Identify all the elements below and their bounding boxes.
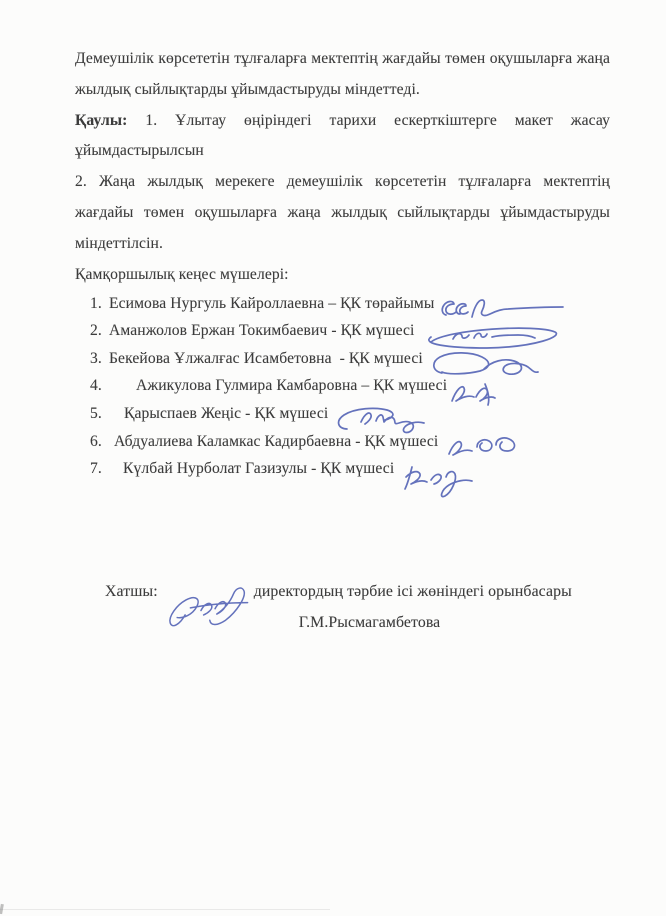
member-name: Бекейова Ұлжалғас Исамбетовна - ҚК мүшес… [109,350,423,368]
member-number: 2. [90,322,109,340]
secretary-signature-icon [164,578,252,636]
member-row-1: 1. Есимова Нургуль Кайроллаевна – ҚК төр… [75,295,610,323]
scanned-document-page: Демеушілік көрсететін тұлғаларға мектепт… [0,0,666,916]
intro-paragraph: Демеушілік көрсететін тұлғаларға мектепт… [75,44,610,106]
member-number: 4. [90,377,109,395]
member-2-signature-icon [419,323,567,353]
member-number: 3. [90,350,109,368]
member-row-6: 6. Абдуалиева Каламкас Кадирбаевна - ҚК … [75,433,610,461]
member-row-2: 2. Аманжолов Ержан Токимбаевич - ҚК мүше… [75,322,610,350]
member-row-7: 7. Күлбай Нурболат Газизулы - ҚК мүшесі [75,460,610,488]
member-name: Аманжолов Ержан Токимбаевич - ҚК мүшесі [109,322,414,340]
secretary-details: директордың тәрбие ісі жөніндегі орынбас… [254,576,572,638]
member-number: 6. [90,433,109,451]
member-row-3: 3. Бекейова Ұлжалғас Исамбетовна - ҚК мү… [75,350,610,378]
resolution-label: Қаулы: [75,112,127,129]
secretary-name: Г.М.Рысмагамбетова [299,607,572,638]
member-name: Абдуалиева Каламкас Кадирбаевна - ҚК мүш… [114,433,438,451]
member-number: 5. [90,405,109,423]
member-name: Ажикулова Гулмира Камбаровна – ҚК мүшесі [136,377,447,395]
secretary-title: директордың тәрбие ісі жөніндегі орынбас… [254,576,572,607]
member-7-signature-icon [399,462,481,500]
document-content: Демеушілік көрсететін тұлғаларға мектепт… [75,44,610,638]
member-row-5: 5. Қарыспаев Жеңіс - ҚК мүшесі [75,405,610,433]
member-number: 7. [90,460,109,478]
member-4-signature-icon [447,378,499,408]
council-heading: Қамқоршылық кеңес мүшелері: [75,262,610,288]
secretary-block: Хатшы: директордың тәрбие ісі жөніндегі … [105,564,610,638]
member-number: 1. [90,295,109,313]
member-name: Күлбай Нурболат Газизулы - ҚК мүшесі [123,460,394,478]
member-6-signature-icon [443,433,523,463]
resolution-point-1: 1. Ұлытау өңіріндегі тарихи ескерткіштер… [75,112,610,160]
member-1-signature-icon [439,296,567,324]
member-name: Есимова Нургуль Кайроллаевна – ҚК төрайы… [109,295,434,313]
resolution-point-2: 2. Жаңа жылдық мерекеге демеушілік көрсе… [75,167,610,259]
member-name: Қарыспаев Жеңіс - ҚК мүшесі [124,405,328,423]
secretary-label: Хатшы: [105,576,158,607]
resolution-paragraph: Қаулы: 1. Ұлытау өңіріндегі тарихи ескер… [75,106,610,168]
council-member-list: 1. Есимова Нургуль Кайроллаевна – ҚК төр… [75,295,610,488]
scan-smudge-artifact [0,909,330,910]
